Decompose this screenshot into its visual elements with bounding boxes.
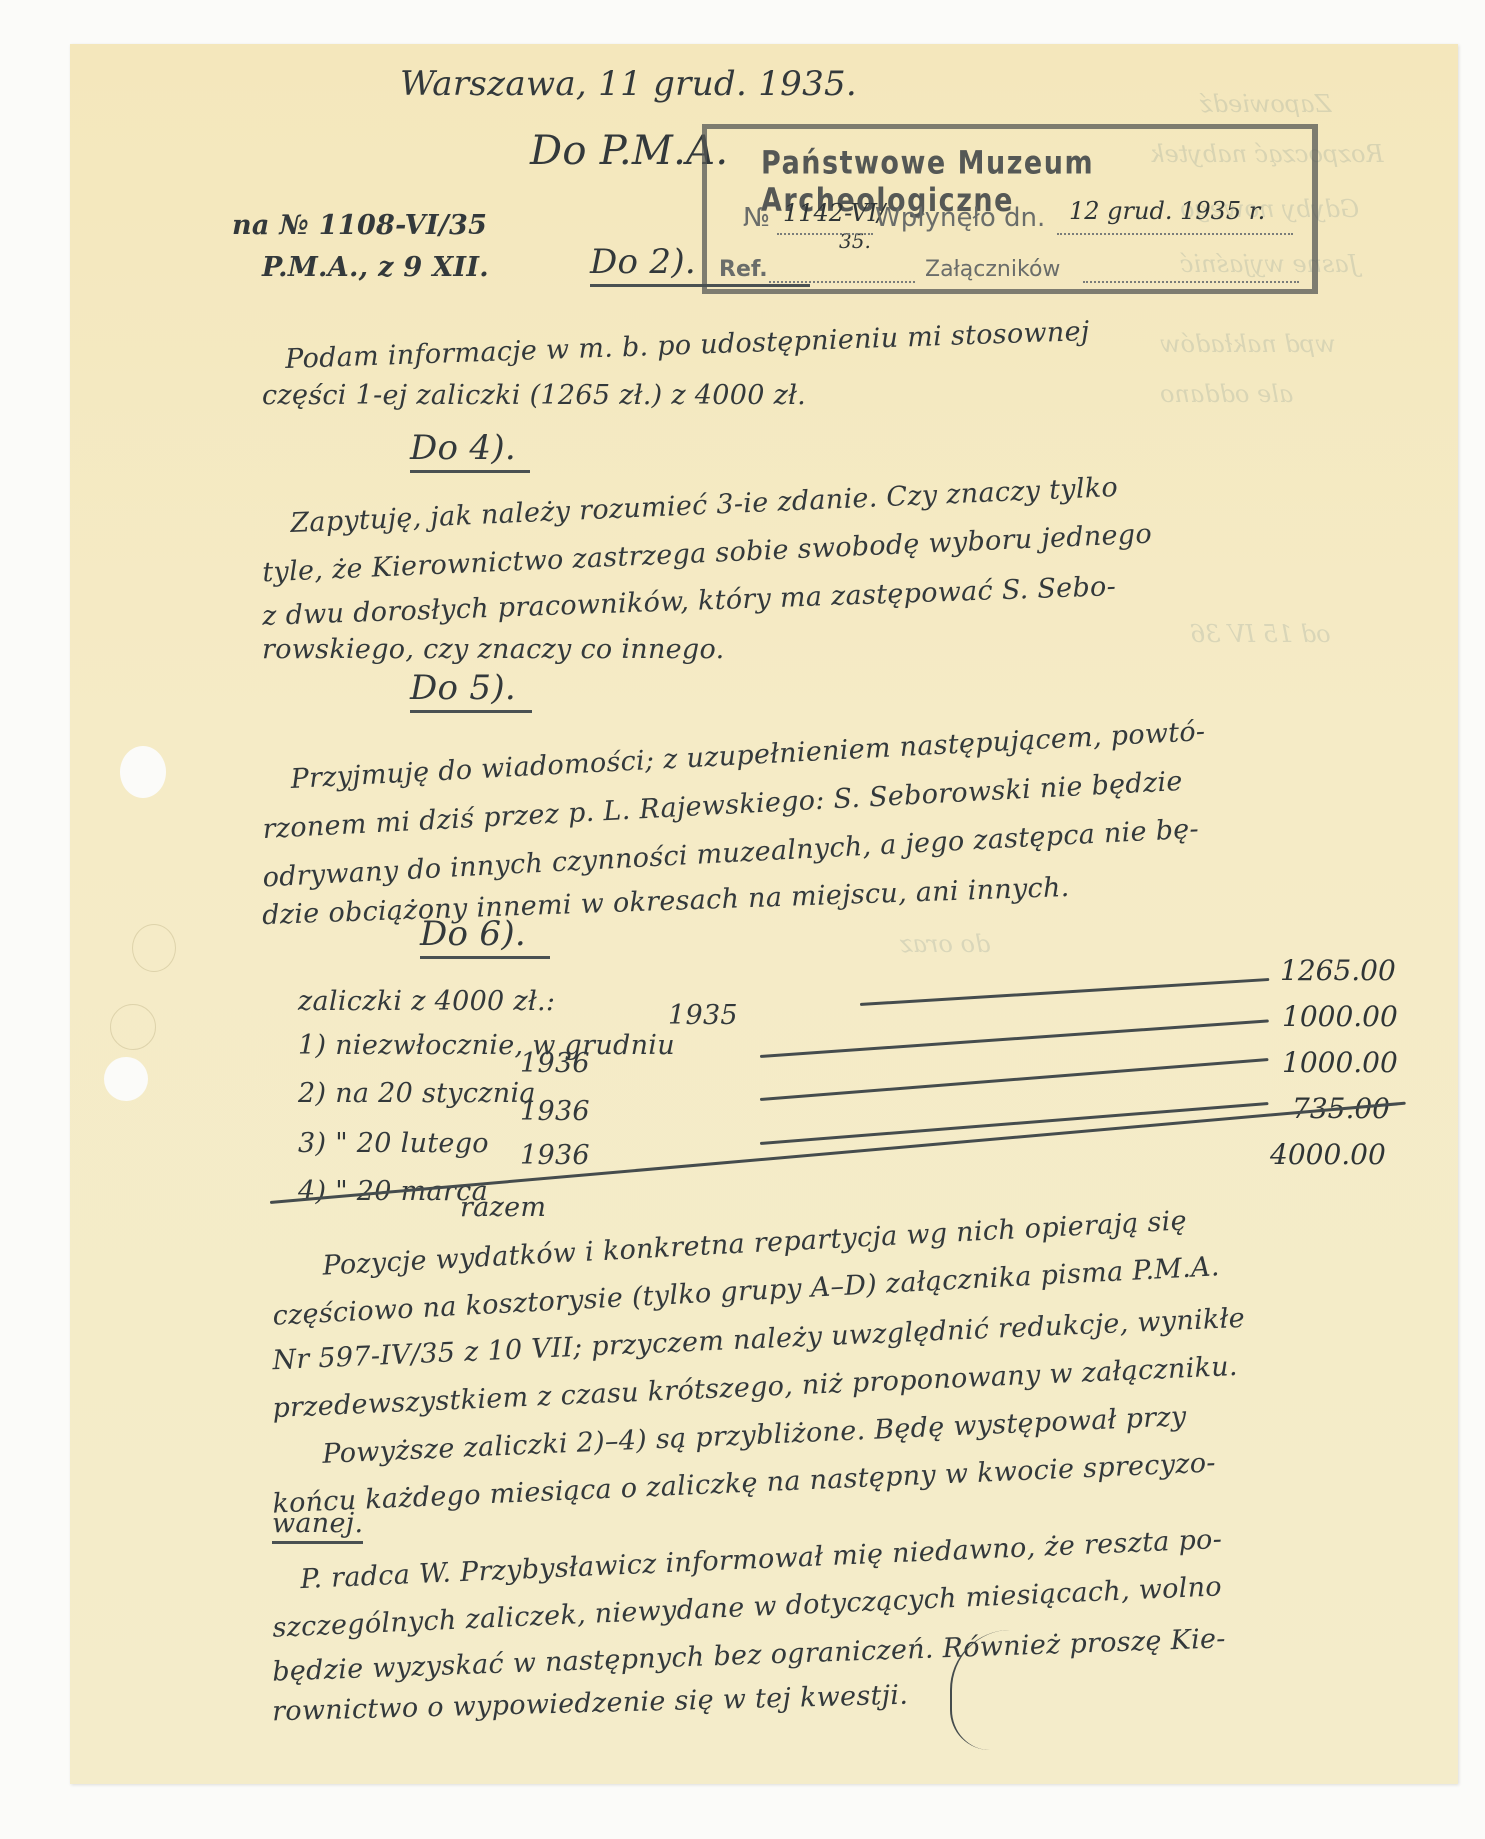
reference-number: na № 1108-VI/35	[232, 210, 487, 241]
advance-title: zaliczki z 4000 zł.:	[298, 986, 555, 1017]
total-amount: 4000.00	[1270, 1138, 1386, 1171]
advance-item-amount: 1000.00	[1282, 1000, 1398, 1033]
section-heading-5: Do 5).	[410, 668, 532, 713]
section-2-line: części 1-ej zaliczki (1265 zł.) z 4000 z…	[262, 380, 806, 411]
bleed-through-text: wpd nakładów	[1160, 330, 1336, 358]
total-label: razem	[460, 1192, 546, 1223]
punch-hole	[120, 746, 166, 798]
bleed-through-text: ale oddano	[1160, 380, 1293, 408]
stamp-number-label: №	[743, 203, 770, 233]
advance-item-amount: 1265.00	[1280, 954, 1396, 987]
punch-hole-impression	[110, 1004, 156, 1050]
stamp-received-label: Wpłynęło dn.	[875, 203, 1045, 233]
section-heading-2: Do 2).	[590, 242, 810, 287]
advance-item-label: 1) niezwłocznie, w grudniu	[298, 1030, 675, 1061]
punch-hole	[104, 1057, 148, 1101]
stamp-received-value: 12 grud. 1935 r.	[1069, 197, 1265, 225]
place-date: Warszawa, 11 grud. 1935.	[400, 64, 857, 104]
section-4-line: rowskiego, czy znaczy co innego.	[262, 634, 724, 665]
stamp-number-value: 1142-VI/	[783, 199, 885, 227]
advance-item-year: 1936	[520, 1048, 590, 1079]
bleed-through-text: od 15 IV 36	[1190, 620, 1331, 648]
stamp-dotted-line	[777, 233, 873, 235]
bleed-through-text: do oraz	[900, 930, 990, 958]
section-heading-6: Do 6).	[420, 914, 550, 959]
reference-date: P.M.A., z 9 XII.	[262, 252, 489, 283]
stamp-dotted-line	[1057, 233, 1293, 235]
addressee: Do P.M.A.	[530, 128, 728, 174]
bleed-through-text: Zapowiedź	[1200, 90, 1331, 118]
advance-item-year: 1935	[668, 1000, 738, 1031]
stamp-dotted-line	[1083, 281, 1299, 283]
punch-hole-impression	[132, 924, 176, 972]
stamp-attachments-label: Załączników	[925, 257, 1060, 282]
advance-item-label: 2) na 20 stycznia	[298, 1078, 536, 1109]
advance-item-year: 1936	[520, 1096, 590, 1127]
advance-item-amount: 1000.00	[1282, 1046, 1398, 1079]
section-heading-4: Do 4).	[410, 428, 530, 473]
section-6-line: wanej.	[272, 1508, 363, 1544]
advance-item-year: 1936	[520, 1140, 590, 1171]
advance-item-label: 3) " 20 lutego	[298, 1128, 489, 1159]
